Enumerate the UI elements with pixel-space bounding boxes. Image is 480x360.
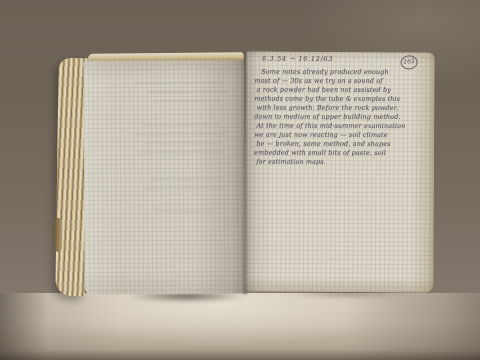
handwriting-line: for estimation maps.: [256, 158, 434, 167]
handwriting-line: we are just now reacting — soil climate: [254, 131, 434, 140]
page-edge-bump: [54, 218, 62, 252]
ghost-text-smudge: [146, 142, 222, 144]
ghost-text-smudge: [140, 151, 224, 153]
handwriting-line: with less growth. Before the rock powder…: [257, 104, 435, 113]
ghost-text-smudge: [142, 187, 224, 189]
ghost-text-smudge: [154, 210, 214, 212]
handwriting-line: At the time of this mid-summer examinati…: [256, 122, 434, 131]
ghost-text-smudge: [142, 124, 220, 126]
ghost-text-smudge: [154, 100, 220, 102]
handwriting-line: embedded with small bits of paste, soil: [254, 149, 434, 158]
handwriting-line: be — broken, some method, and shapes: [256, 140, 434, 149]
handwriting-block: 6.3.54 → 16.12/63 Some notes already pro…: [254, 55, 435, 168]
handwriting-line: down to medium of upper building method.: [254, 113, 434, 122]
ghost-text-smudge: [150, 178, 220, 180]
photo-open-notebook: 163 6.3.54 → 16.12/63 Some notes already…: [0, 0, 480, 360]
handwriting-line: methods come by the tube & examples this: [254, 95, 434, 104]
handwriting-lines: Some notes already produced enoughmost o…: [254, 67, 435, 167]
date-heading: 6.3.54 → 16.12/63: [262, 55, 435, 65]
ghost-text-smudge: [148, 91, 228, 93]
handwriting-line: Some notes already produced enough: [261, 68, 434, 77]
right-page-written: 163 6.3.54 → 16.12/63 Some notes already…: [244, 52, 434, 293]
open-notebook: 163 6.3.54 → 16.12/63 Some notes already…: [56, 50, 436, 300]
gutter-crease: [242, 52, 248, 295]
left-page-blank-grid: [83, 60, 245, 295]
handwriting-line: a rock powder had been not assisted by: [257, 86, 435, 95]
handwriting-line: most of — 30s as we try on a sound of: [254, 77, 434, 86]
